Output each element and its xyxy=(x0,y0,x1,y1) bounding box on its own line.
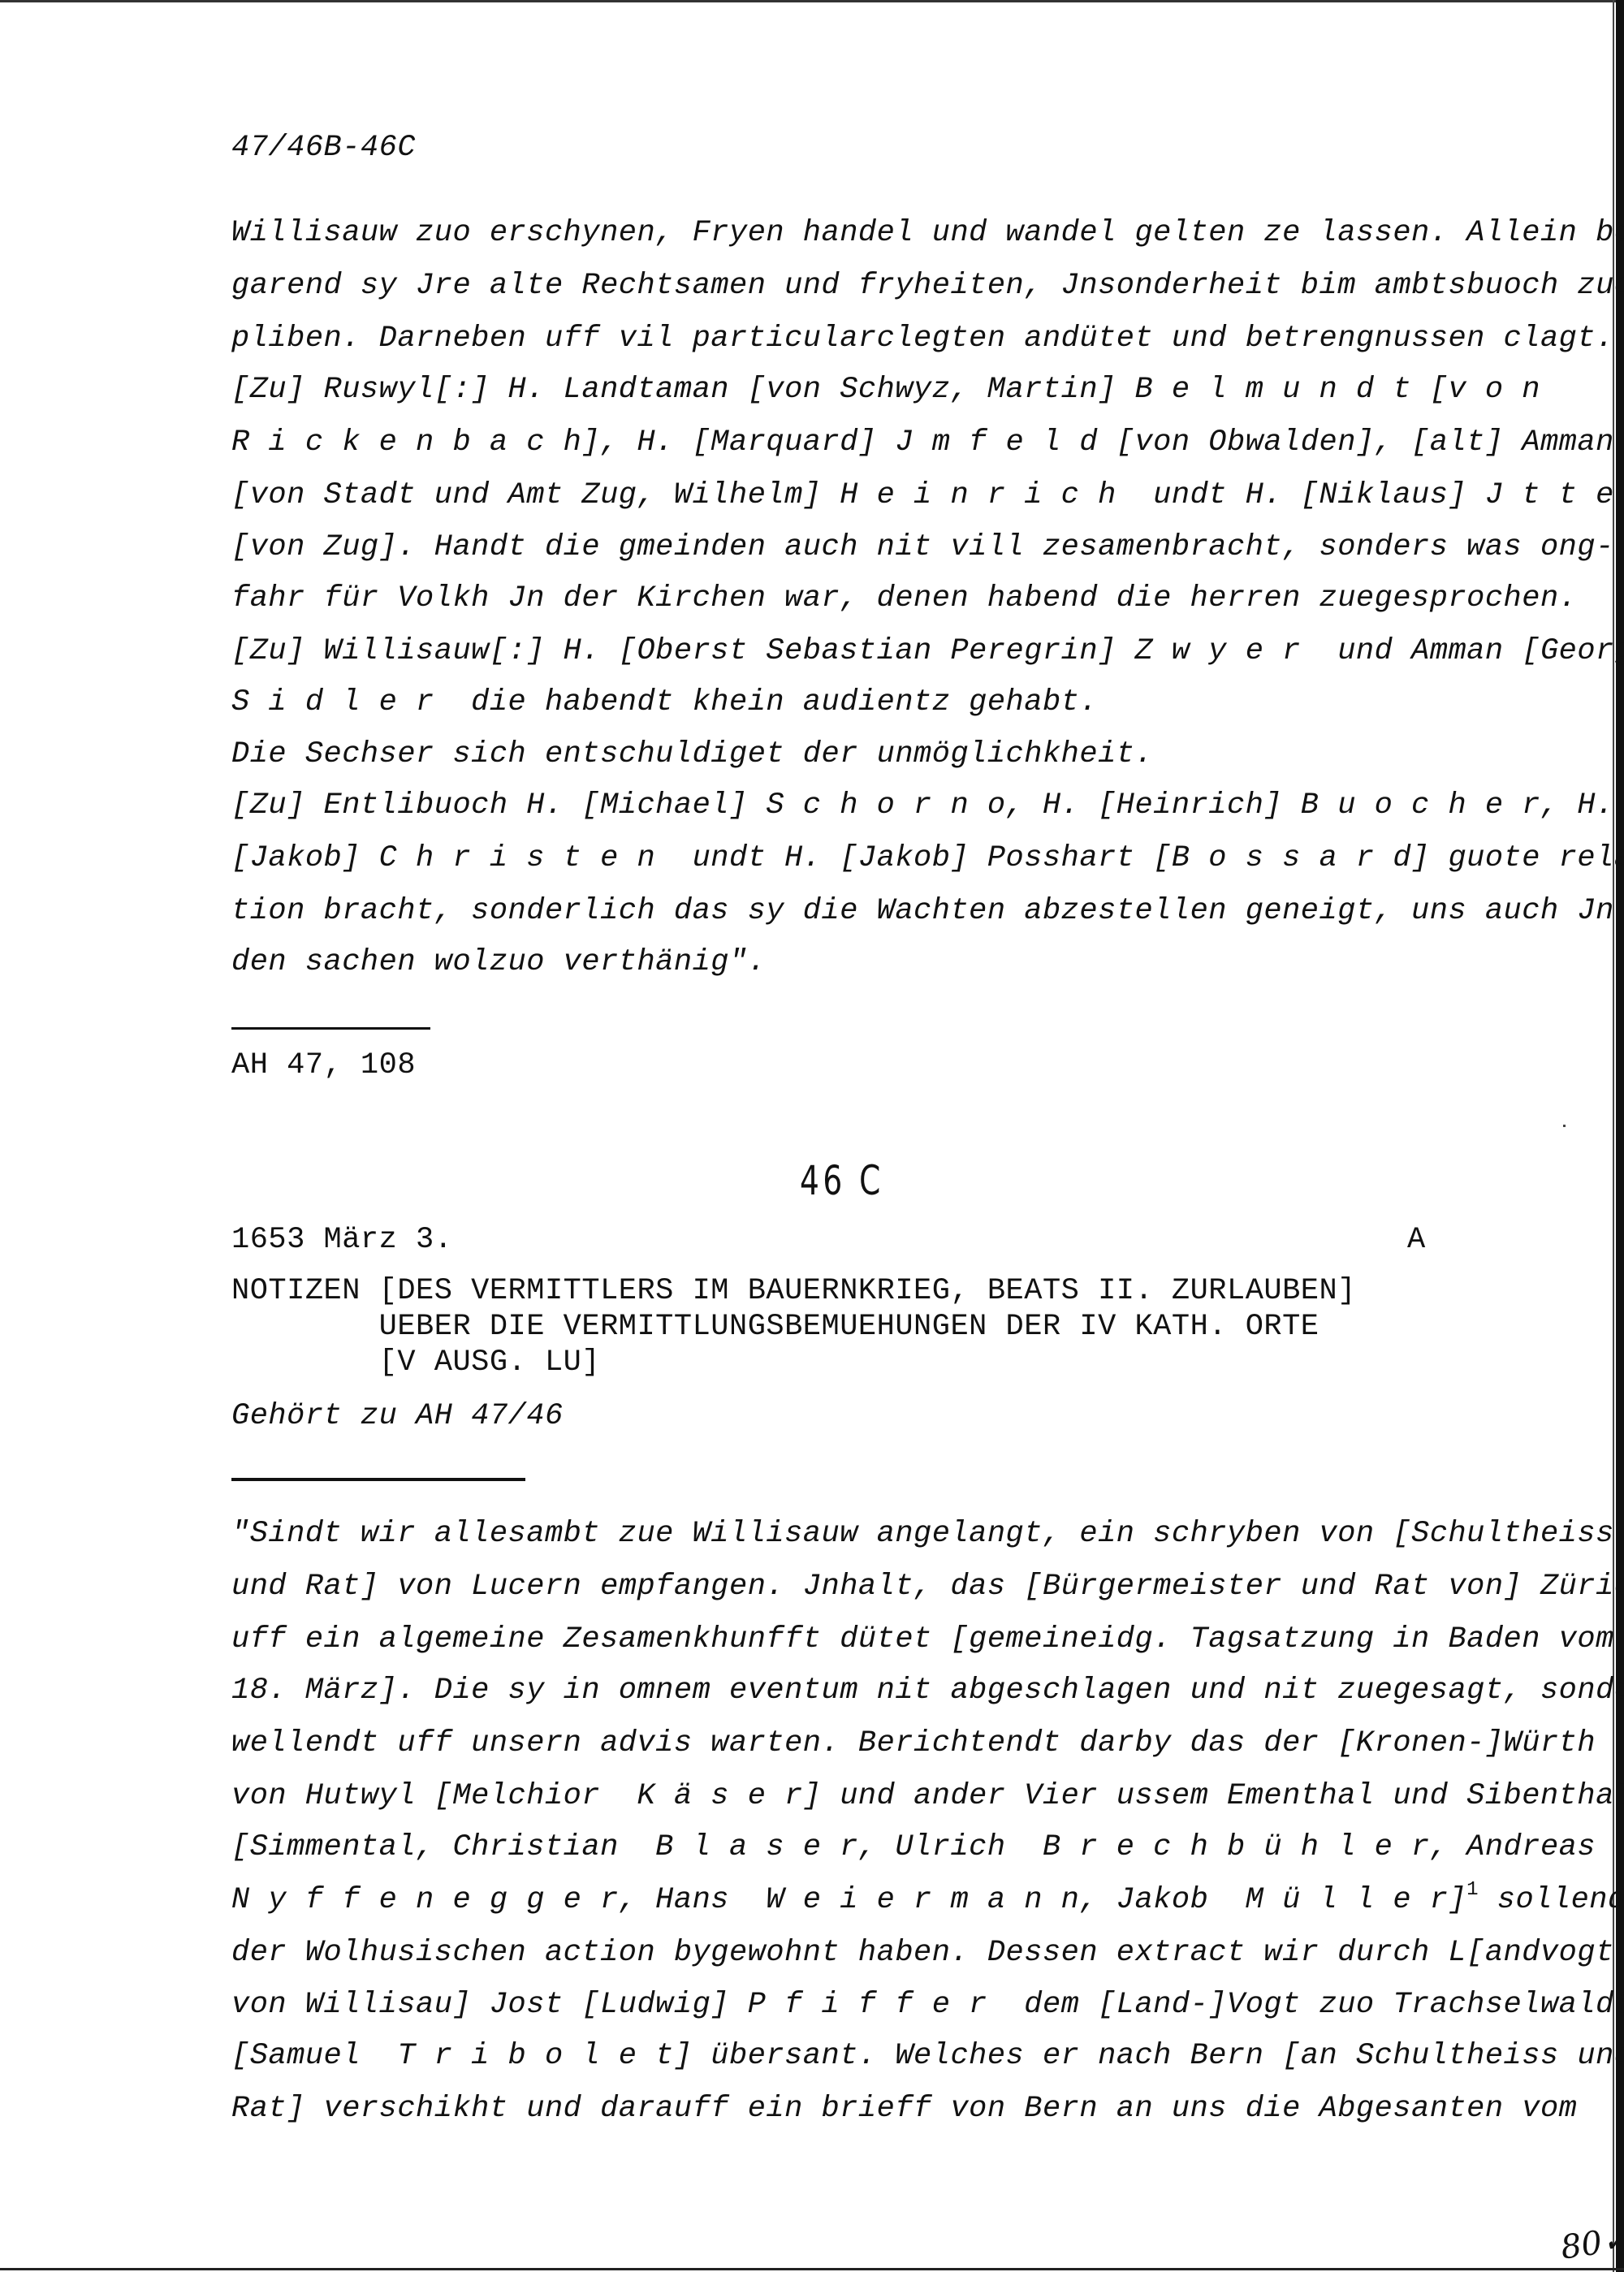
text-line: pliben. Darneben uff vil particularclegt… xyxy=(231,321,1614,356)
page-border-bottom xyxy=(0,2268,1624,2270)
source-reference: AH 47, 108 xyxy=(231,1047,416,1083)
text-segment: N y f f e n e g g e r, Hans W e i e r m … xyxy=(231,1883,1466,1917)
text-line: [von Stadt und Amt Zug, Wilhelm] H e i n… xyxy=(231,477,1624,513)
text-line: [Zu] Entlibuoch H. [Michael] S c h o r n… xyxy=(231,788,1614,823)
document-date: 1653 März 3. xyxy=(231,1222,452,1258)
text-line: den sachen wolzuo verthänig". xyxy=(231,944,766,980)
margin-tick xyxy=(1563,1125,1566,1127)
title-line: [V AUSG. LU] xyxy=(231,1345,600,1380)
text-line: "Sindt wir allesambt zue Willisauw angel… xyxy=(231,1516,1614,1552)
text-line: wellendt uff unsern advis warten. Berich… xyxy=(231,1726,1596,1761)
source-divider xyxy=(231,1027,430,1030)
text-line: [von Zug]. Handt die gmeinden auch nit v… xyxy=(231,529,1614,565)
document-marker: A xyxy=(1407,1222,1426,1258)
text-line: [Simmental, Christian B l a s e r, Ulric… xyxy=(231,1829,1596,1865)
page-border-right xyxy=(1616,0,1624,2272)
text-line: [Jakob] C h r i s t e n undt H. [Jakob] … xyxy=(231,840,1624,876)
footnote-marker: 1 xyxy=(1466,1879,1479,1901)
section-number: 46 C xyxy=(800,1157,884,1204)
text-line: [Zu] Ruswyl[:] H. Landtaman [von Schwyz,… xyxy=(231,372,1540,408)
text-line: Rat] verschikht und darauff ein brieff v… xyxy=(231,2091,1577,2127)
text-line: N y f f e n e g g e r, Hans W e i e r m … xyxy=(231,1882,1624,1921)
text-line: und Rat] von Lucern empfangen. Jnhalt, d… xyxy=(231,1569,1624,1605)
text-line: der Wolhusischen action bygewohnt haben.… xyxy=(231,1935,1614,1971)
text-line: tion bracht, sonderlich das sy die Wacht… xyxy=(231,893,1614,929)
text-line: Die Sechser sich entschuldiget der unmög… xyxy=(231,736,1153,772)
text-line: von Hutwyl [Melchior K ä s e r] und ande… xyxy=(231,1778,1624,1814)
text-line: fahr für Volkh Jn der Kirchen war, denen… xyxy=(231,581,1577,616)
page-reference-header: 47/46B-46C xyxy=(231,130,416,166)
title-line: UEBER DIE VERMITTLUNGSBEMUEHUNGEN DER IV… xyxy=(231,1309,1319,1345)
text-line: [Zu] Willisauw[:] H. [Oberst Sebastian P… xyxy=(231,633,1624,669)
text-line: 18. März]. Die sy in omnem eventum nit a… xyxy=(231,1673,1624,1708)
section-divider xyxy=(231,1478,525,1481)
page-border-top xyxy=(0,0,1618,2)
text-line: R i c k e n b a c h], H. [Marquard] J m … xyxy=(231,425,1614,460)
text-segment: sollendt xyxy=(1479,1883,1624,1917)
text-line: S i d l e r die habendt khein audientz g… xyxy=(231,685,1098,720)
text-line: garend sy Jre alte Rechtsamen und fryhei… xyxy=(231,268,1624,304)
text-line: [Samuel T r i b o l e t] übersant. Welch… xyxy=(231,2038,1624,2074)
text-line: von Willisau] Jost [Ludwig] P f i f f e … xyxy=(231,1987,1624,2023)
text-line: uff ein algemeine Zesamenkhunfft dütet [… xyxy=(231,1622,1614,1657)
title-line: NOTIZEN [DES VERMITTLERS IM BAUERNKRIEG,… xyxy=(231,1273,1356,1309)
text-line: Willisauw zuo erschynen, Fryen handel un… xyxy=(231,215,1624,251)
belongs-to-note: Gehört zu AH 47/46 xyxy=(231,1398,564,1434)
